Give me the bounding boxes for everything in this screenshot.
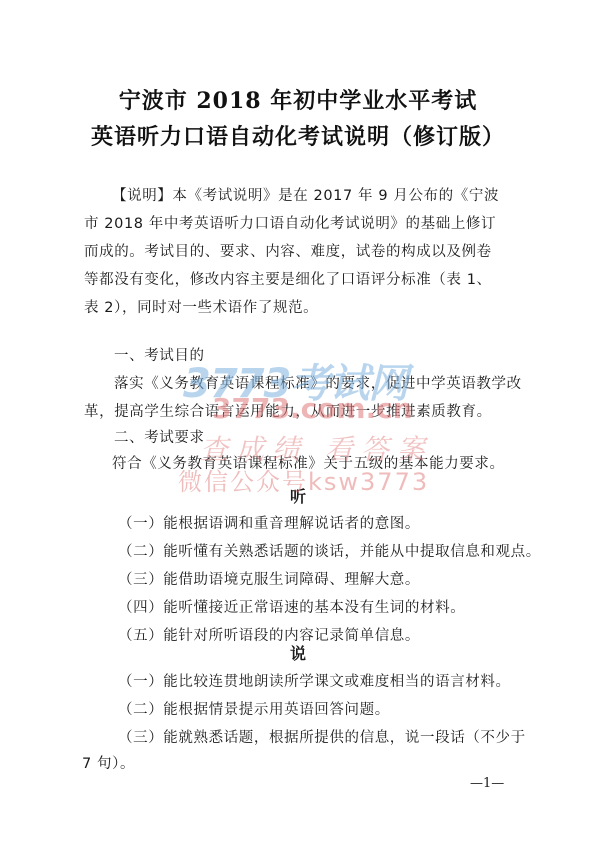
section1-line-1: 落实《义务教育英语课程标准》的要求，促进中学英语教学改 (114, 372, 522, 393)
intro-line-4: 等都没有变化，修改内容主要是细化了口语评分标准（表 1、 (84, 268, 492, 289)
listening-item-2: （二）能听懂有关熟悉话题的谈话，并能从中提取信息和观点。 (118, 540, 541, 561)
speaking-item-2: （二）能根据情景提示用英语回答问题。 (118, 698, 390, 719)
section1-heading: 一、考试目的 (114, 344, 205, 365)
listening-item-3: （三）能借助语境克服生词障碍、理解大意。 (118, 568, 420, 589)
speaking-item-3: （三）能就熟悉话题，根据所提供的信息，说一段话（不少于 (118, 726, 526, 747)
speaking-item-1: （一）能比较连贯地朗读所学课文或难度相当的语言材料。 (118, 670, 511, 691)
document-title-line2: 英语听力口语自动化考试说明（修订版） (0, 120, 596, 151)
speaking-heading: 说 (0, 641, 596, 664)
section2-heading: 二、考试要求 (114, 426, 205, 447)
listening-item-1: （一）能根据语调和重音理解说话者的意图。 (118, 512, 420, 533)
listening-item-4: （四）能听懂接近正常语速的基本没有生词的材料。 (118, 596, 465, 617)
document-title-line1: 宁波市 2018 年初中学业水平考试 (0, 84, 596, 115)
intro-line-1: 【说明】本《考试说明》是在 2017 年 9 月公布的《宁波 (112, 184, 499, 205)
intro-line-2: 市 2018 年中考英语听力口语自动化考试说明》的基础上修订 (84, 212, 496, 233)
intro-line-3: 而成的。考试目的、要求、内容、难度，试卷的构成以及例卷 (84, 240, 492, 261)
listening-heading: 听 (0, 484, 596, 507)
section1-line-2: 革，提高学生综合语言运用能力，从而进一步推进素质教育。 (84, 400, 492, 421)
page-number: —1— (470, 776, 504, 791)
document-page: 宁波市 2018 年初中学业水平考试 英语听力口语自动化考试说明（修订版） 【说… (0, 0, 596, 842)
section2-line-1: 符合《义务教育英语课程标准》关于五级的基本能力要求。 (112, 452, 505, 473)
speaking-item-3-continuation: 7 句）。 (82, 752, 135, 773)
intro-line-5: 表 2），同时对一些术语作了规范。 (84, 296, 318, 317)
